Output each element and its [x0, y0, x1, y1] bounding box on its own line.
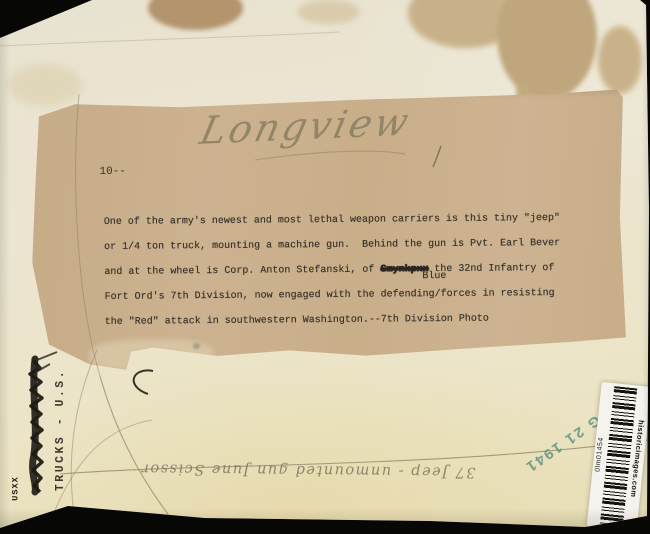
- caption-label: Longview 10-- One of the army's newest a…: [29, 87, 627, 378]
- glue-stain: [408, 0, 523, 48]
- small-ink-spot: [193, 343, 200, 349]
- pencil-arc: [100, 376, 184, 534]
- glue-stain: [598, 26, 642, 94]
- struck-out-word: Smynkpxx: [380, 264, 428, 275]
- caption-line3-pre: and at the wheel is Corp. Anton Stefansk…: [104, 265, 380, 278]
- caption-line: Fort Ord's 7th Division, now engaged wit…: [104, 281, 584, 310]
- caption-line: the "Red" attack in southwestern Washing…: [105, 306, 585, 335]
- scribble-blackout: [30, 360, 42, 492]
- crossed-out-remnant: USXX: [11, 459, 22, 519]
- glue-stain: [497, 0, 597, 100]
- typed-caption: One of the army's newest and most lethal…: [104, 206, 585, 335]
- pencil-arc: [71, 350, 97, 514]
- typed-insert-word: Blue: [422, 271, 446, 283]
- ink-hook-mark: [134, 370, 153, 394]
- scribble-blackout: [33, 359, 36, 492]
- caption-line3-post: the 32nd Infantry of: [428, 263, 554, 275]
- handwritten-title: Longview: [196, 99, 415, 153]
- item-number: 10--: [99, 166, 126, 178]
- glue-stain: [148, 0, 243, 30]
- photo-back-paper: Longview 10-- One of the army's newest a…: [0, 0, 650, 534]
- crease-line: [0, 32, 340, 46]
- glue-stain: [8, 64, 82, 106]
- barcode-sticker: 0lm01454 historicimages.com: [587, 382, 650, 532]
- scanned-photo-back: Longview 10-- One of the army's newest a…: [0, 0, 650, 534]
- category-stamp-trucks-us: TRUCKS - U.S.: [54, 350, 70, 510]
- glue-stain: [298, 0, 360, 24]
- flipped-handwritten-note: 37 Jeep - unmounted gun June Scissor: [128, 460, 488, 480]
